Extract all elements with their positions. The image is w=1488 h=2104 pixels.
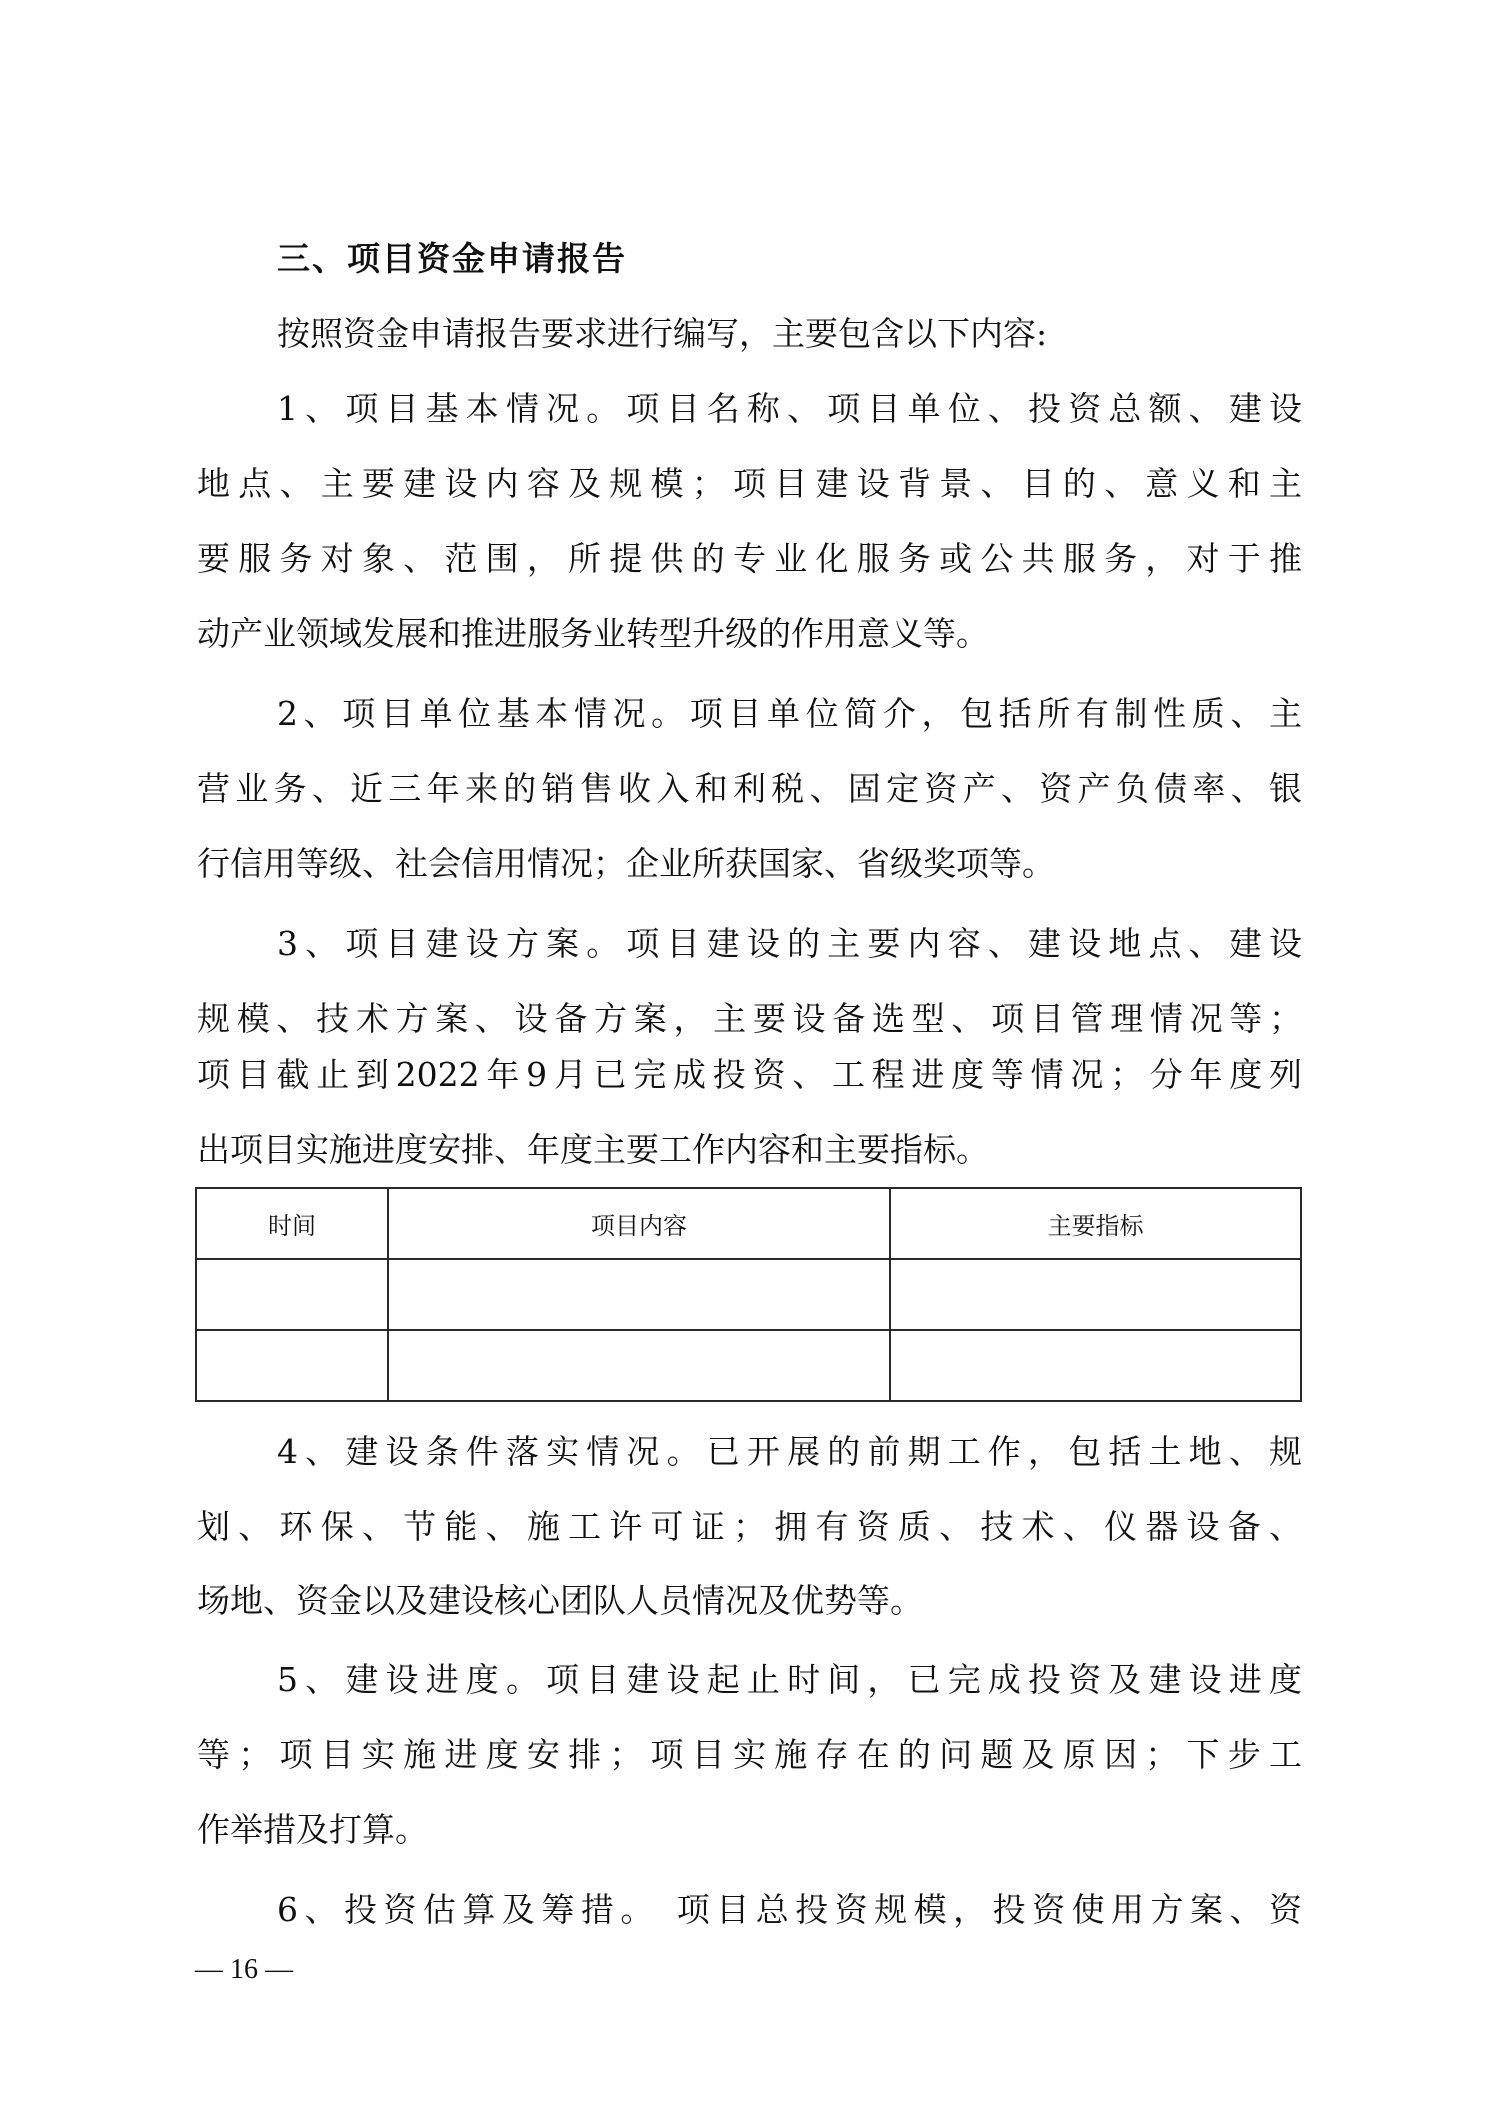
table-row bbox=[196, 1259, 1301, 1330]
section-intro: 按照资金申请报告要求进行编写，主要包含以下内容: bbox=[277, 296, 1302, 371]
item-4-line-3: 场地、资金以及建设核心团队人员情况及优势等。 bbox=[197, 1563, 1302, 1638]
table-header-row: 时间 项目内容 主要指标 bbox=[196, 1188, 1301, 1259]
schedule-table: 时间 项目内容 主要指标 bbox=[195, 1187, 1302, 1402]
item-3-line-4: 出项目实施进度安排、年度主要工作内容和主要指标。 bbox=[197, 1112, 1302, 1187]
item-1-line-1: 1、项目基本情况。项目名称、项目单位、投资总额、建设 bbox=[277, 371, 1302, 446]
table-cell-content bbox=[388, 1259, 890, 1330]
item-2-line-2: 营业务、近三年来的销售收入和利税、固定资产、资产负债率、银 bbox=[197, 751, 1302, 826]
item-1-line-4: 动产业领域发展和推进服务业转型升级的作用意义等。 bbox=[197, 596, 1302, 671]
item-4-line-2: 划、环保、节能、施工许可证；拥有资质、技术、仪器设备、 bbox=[197, 1489, 1302, 1564]
header-project-content: 项目内容 bbox=[388, 1188, 890, 1259]
item-1-line-2: 地点、主要建设内容及规模；项目建设背景、目的、意义和主 bbox=[197, 446, 1302, 521]
item-3-line-3: 项目截止到2022年9月已完成投资、工程进度等情况；分年度列 bbox=[197, 1037, 1302, 1112]
header-key-indicators: 主要指标 bbox=[890, 1188, 1301, 1259]
item-5-line-1: 5、建设进度。项目建设起止时间，已完成投资及建设进度 bbox=[277, 1642, 1302, 1717]
item-3-line-1: 3、项目建设方案。项目建设的主要内容、建设地点、建设 bbox=[277, 906, 1302, 981]
header-time: 时间 bbox=[196, 1188, 388, 1259]
table-row bbox=[196, 1330, 1301, 1401]
table-cell-indicators bbox=[890, 1330, 1301, 1401]
item-2-line-3: 行信用等级、社会信用情况；企业所获国家、省级奖项等。 bbox=[197, 826, 1302, 901]
table-cell-time bbox=[196, 1259, 388, 1330]
item-5-line-2: 等；项目实施进度安排；项目实施存在的问题及原因；下步工 bbox=[197, 1717, 1302, 1792]
item-4-line-1: 4、建设条件落实情况。已开展的前期工作，包括土地、规 bbox=[277, 1414, 1302, 1489]
item-5-line-3: 作举措及打算。 bbox=[197, 1792, 1302, 1867]
section-heading: 三、项目资金申请报告 bbox=[277, 221, 1302, 296]
table-cell-time bbox=[196, 1330, 388, 1401]
page-number: — 16 — bbox=[195, 1952, 293, 1988]
item-2-line-1: 2、项目单位基本情况。项目单位简介，包括所有制性质、主 bbox=[277, 676, 1302, 751]
item-6-line-1: 6、投资估算及筹措。 项目总投资规模，投资使用方案、资 bbox=[277, 1872, 1302, 1947]
table-cell-content bbox=[388, 1330, 890, 1401]
table-cell-indicators bbox=[890, 1259, 1301, 1330]
document-page: 三、项目资金申请报告 按照资金申请报告要求进行编写，主要包含以下内容: 1、项目… bbox=[0, 0, 1488, 2104]
item-1-line-3: 要服务对象、范围，所提供的专业化服务或公共服务，对于推 bbox=[197, 521, 1302, 596]
